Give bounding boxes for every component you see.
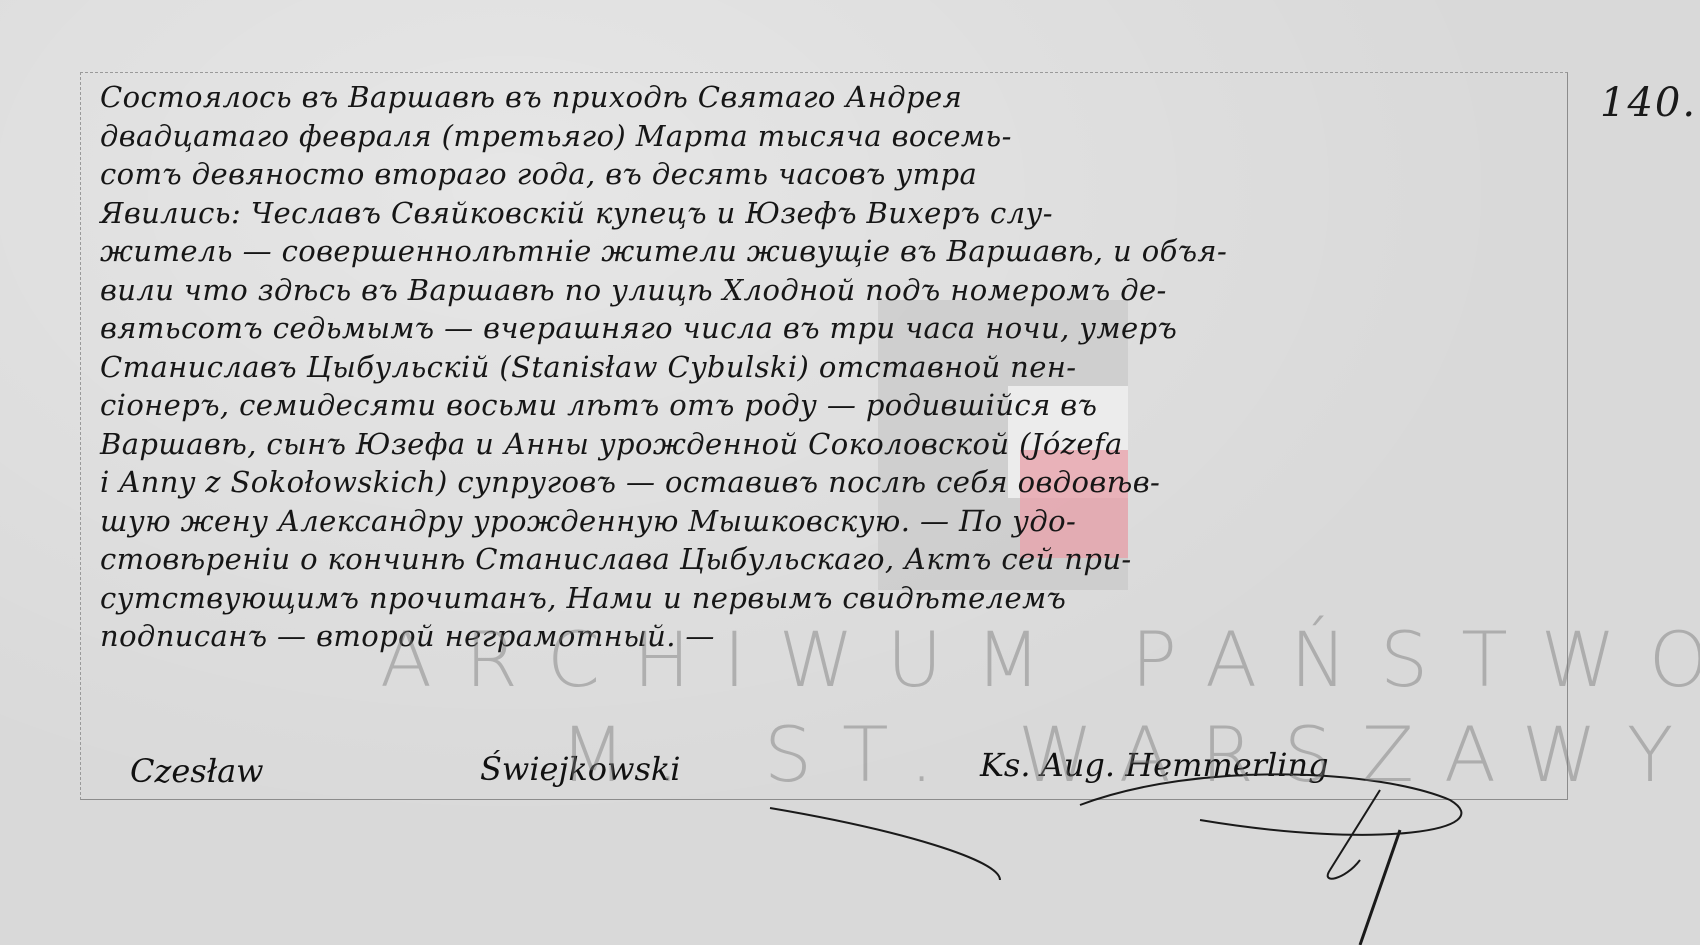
record-line: двадцатаго февраля (третьяго) Марта тыся… [100, 117, 1640, 156]
record-line: стовѣреніи о кончинѣ Станислава Цыбульск… [100, 540, 1640, 579]
record-line: Явились: Чеславъ Свяйковскій купецъ и Юз… [100, 194, 1640, 233]
record-line: шую жену Александру урожденную Мышковску… [100, 502, 1640, 541]
archive-watermark-line1: ARCHIWUM PAŃSTWOW [380, 615, 1700, 704]
scanned-page: 140. Состоялось въ Варшавѣ въ приходѣ Св… [0, 0, 1700, 945]
record-line: сіонеръ, семидесяти восьми лѣтъ отъ роду… [100, 386, 1640, 425]
record-text: Состоялось въ Варшавѣ въ приходѣ Святаго… [100, 78, 1640, 656]
record-line: Состоялось въ Варшавѣ въ приходѣ Святаго… [100, 78, 1640, 117]
record-line: сутствующимъ прочитанъ, Нами и первымъ с… [100, 579, 1640, 618]
record-line: Станиславъ Цыбульскій (Stanisław Cybulsk… [100, 348, 1640, 387]
record-line: Варшавѣ, сынъ Юзефа и Анны урожденной Со… [100, 425, 1640, 464]
record-line: житель — совершеннолѣтніе жители живущіе… [100, 232, 1640, 271]
record-line: i Anny z Sokołowskich) супруговъ — остав… [100, 463, 1640, 502]
record-line: вили что здѣсь въ Варшавѣ по улицѣ Хлодн… [100, 271, 1640, 310]
record-line: вятьсотъ седьмымъ — вчерашняго числа въ … [100, 309, 1640, 348]
archive-watermark-line2: M. ST. WARSZAWY [560, 710, 1700, 799]
signature-witness-1: Czesław [130, 752, 264, 790]
record-line: сотъ девяносто втораго года, въ десять ч… [100, 155, 1640, 194]
